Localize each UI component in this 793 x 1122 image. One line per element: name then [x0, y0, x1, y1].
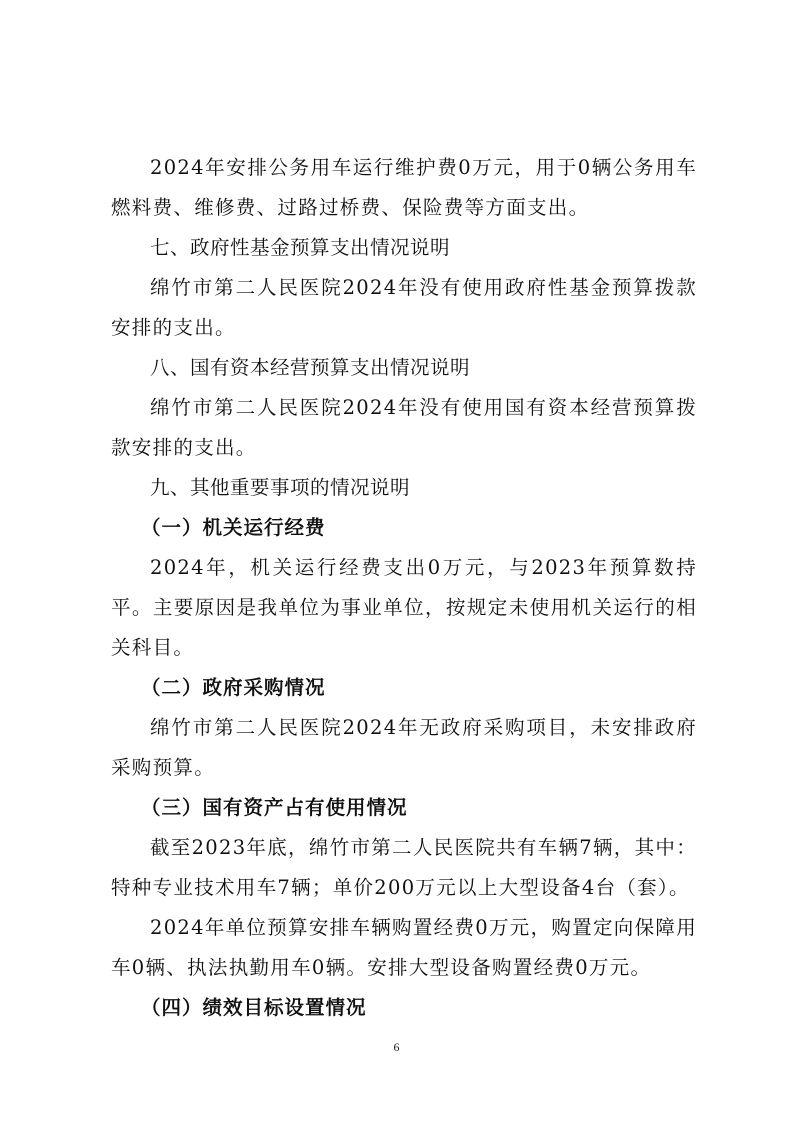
subheading-performance-goals: （四）绩效目标设置情况: [111, 988, 697, 1028]
page-number: 6: [0, 1040, 793, 1055]
paragraph-government-fund: 绵竹市第二人民医院2024年没有使用政府性基金预算拨款安排的支出。: [111, 268, 697, 348]
subheading-operating-expenses: （一）机关运行经费: [111, 508, 697, 548]
paragraph-equipment-purchase: 2024年单位预算安排车辆购置经费0万元，购置定向保障用车0辆、执法执勤用车0辆…: [111, 908, 697, 988]
paragraph-vehicle-maintenance: 2024年安排公务用车运行维护费0万元，用于0辆公务用车燃料费、维修费、过路过桥…: [111, 148, 697, 228]
paragraph-operating-expenses: 2024年，机关运行经费支出0万元，与2023年预算数持平。主要原因是我单位为事…: [111, 548, 697, 668]
subheading-government-procurement: （二）政府采购情况: [111, 668, 697, 708]
subheading-state-assets: （三）国有资产占有使用情况: [111, 788, 697, 828]
paragraph-government-procurement: 绵竹市第二人民医院2024年无政府采购项目，未安排政府采购预算。: [111, 708, 697, 788]
heading-other-matters: 九、其他重要事项的情况说明: [111, 468, 697, 508]
heading-government-fund-budget: 七、政府性基金预算支出情况说明: [111, 228, 697, 268]
document-page: 2024年安排公务用车运行维护费0万元，用于0辆公务用车燃料费、维修费、过路过桥…: [111, 148, 697, 1028]
heading-state-capital-budget: 八、国有资本经营预算支出情况说明: [111, 348, 697, 388]
paragraph-state-assets: 截至2023年底，绵竹市第二人民医院共有车辆7辆，其中：特种专业技术用车7辆；单…: [111, 828, 697, 908]
paragraph-state-capital: 绵竹市第二人民医院2024年没有使用国有资本经营预算拨款安排的支出。: [111, 388, 697, 468]
